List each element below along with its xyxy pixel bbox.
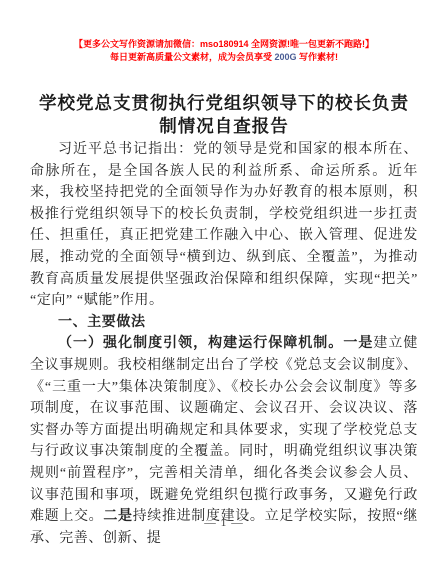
ad-line-2-prefix: 每日更新高质量公文素材，成为会员享受: [110, 52, 275, 62]
paragraph-intro: 习近平总书记指出：党的领导是党和国家的根本所在、命脉所在，是全国各族人民的利益所…: [30, 139, 418, 312]
ad-line-2: 每日更新高质量公文素材，成为会员享受 200G 写作素材!: [0, 51, 448, 64]
document-title: 学校党总支贯彻执行党组织领导下的校长负责 制情况自查报告: [20, 92, 428, 138]
paragraph-lead-bold: （一）强化制度引领，构建运行保障机制。: [58, 336, 343, 351]
document-body: 习近平总书记指出：党的领导是党和国家的根本所在、命脉所在，是全国各族人民的利益所…: [30, 139, 418, 549]
ad-line-1: 【更多公文写作资源请加微信：mso180914 全网资源!唯一包更新不跑路!】: [0, 38, 448, 51]
page-number: — 1 —: [0, 517, 448, 529]
section-heading: 一、主要做法: [30, 312, 418, 334]
document-page: 【更多公文写作资源请加微信：mso180914 全网资源!唯一包更新不跑路!】 …: [0, 0, 448, 580]
ad-line-2-size-highlight: 200G: [274, 52, 296, 62]
paragraph-text-1: 建立健全议事规则。我校相继制定出台了学校《党总支会议制度》、《“三重一大”集体决…: [30, 336, 418, 524]
ad-line-2-suffix: 写作素材!: [297, 52, 339, 62]
list-marker-1: 一是: [343, 336, 373, 351]
document-title-line-1: 学校党总支贯彻执行党组织领导下的校长负责: [20, 92, 428, 115]
document-title-line-2: 制情况自查报告: [20, 115, 428, 138]
header-ad: 【更多公文写作资源请加微信：mso180914 全网资源!唯一包更新不跑路!】 …: [0, 38, 448, 63]
